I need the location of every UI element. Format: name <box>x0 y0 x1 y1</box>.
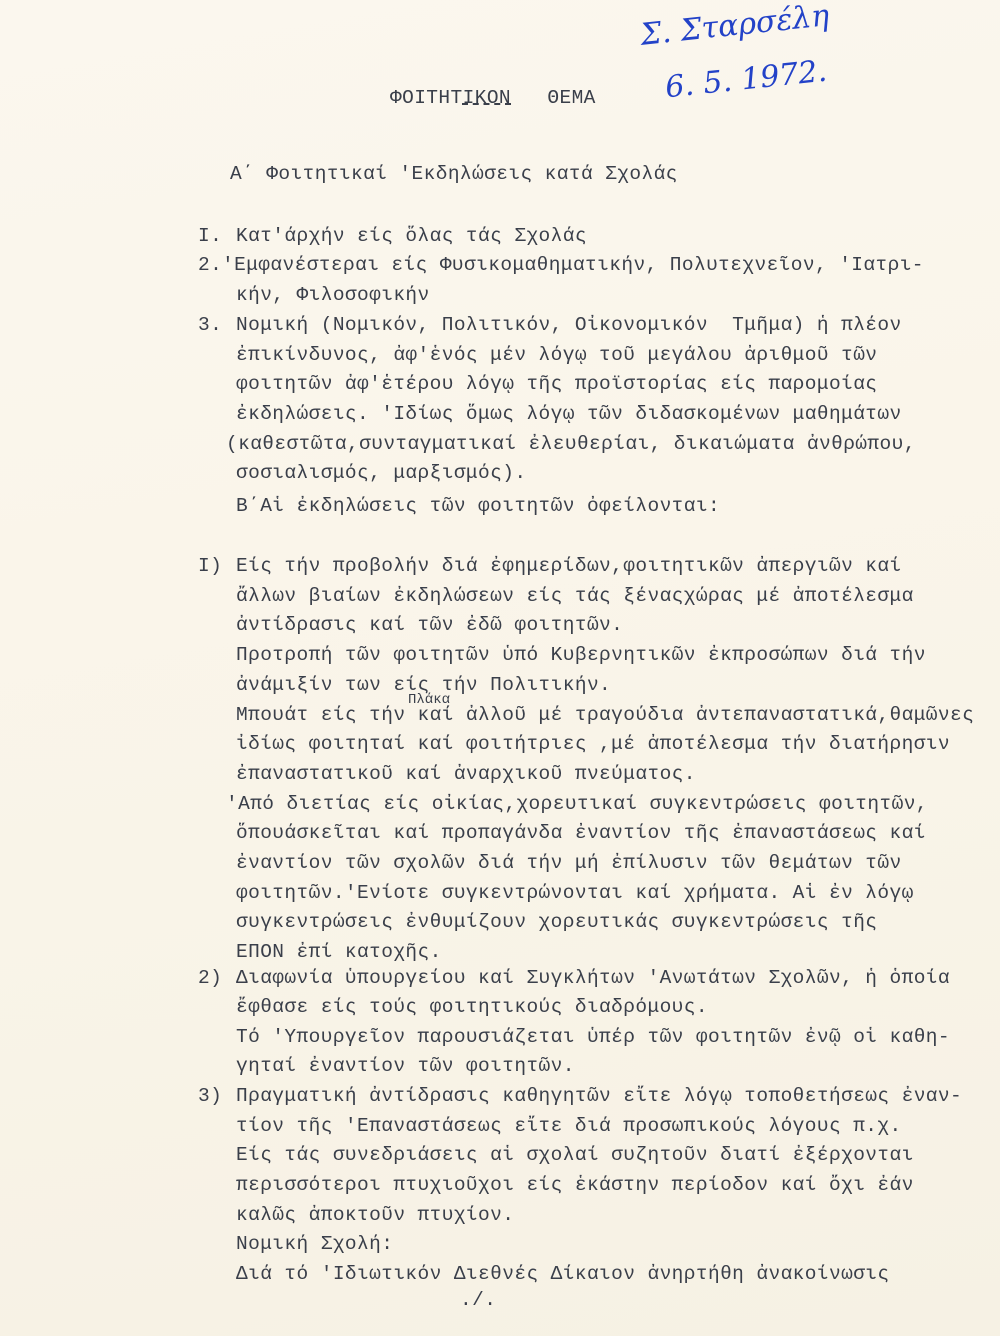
paragraph-line: φοιτητῶν ἀφ'ἑτέρου λόγῳ τῆς προϊστορίας … <box>236 372 877 396</box>
continuation-mark: ./. <box>460 1288 496 1312</box>
paragraph-line: Είς τήν προβολήν διά ἐφημερίδων,φοιτητικ… <box>236 554 902 578</box>
paragraph-line: Προτροπή τῶν φοιτητῶν ὑπό Κυβερνητικῶν ἐ… <box>236 643 926 667</box>
paragraph-line: ἔφθασε είς τούς φοιτητικούς διαδρόμους. <box>236 995 708 1019</box>
paragraph-line: ἐναντίον τῶν σχολῶν διά τήν μή ἐπίλυσιν … <box>236 851 902 875</box>
paragraph-line: γηταί ἐναντίον τῶν φοιτητῶν. <box>236 1054 575 1078</box>
item-number: 2) <box>198 966 222 990</box>
item-number: 3. <box>198 313 222 337</box>
paragraph-line: Μπουάτ είς τήν καί ἀλλοῦ μέ τραγούδια ἀν… <box>236 703 974 727</box>
title-underlined-part: ΙΚΟΝ <box>463 87 511 109</box>
paragraph-line: Διαφωνία ὑπουργείου καί Συγκλήτων 'Ανωτά… <box>236 966 950 990</box>
paragraph-line: 'Από διετίας είς οἰκίας,χορευτικαί συγκε… <box>226 792 928 816</box>
document-page: Σ. Σταρσέλη 6. 5. 1972. ΦΟΙΤΗΤΙΚΟΝ ΘΕΜΑ … <box>0 0 1000 1336</box>
paragraph-line: ἄλλων βιαίων ἐκδηλώσεων είς τάς ξέναςχώρ… <box>236 584 914 608</box>
paragraph-line: περισσότεροι πτυχιοῦχοι είς ἑκάστην περί… <box>236 1173 914 1197</box>
item-number: 3) <box>198 1084 222 1108</box>
paragraph-line: ἐκδηλώσεις. 'Ιδίως ὅμως λόγῳ τῶν διδασκο… <box>236 402 902 426</box>
paragraph-line: ὅπουάσκεῖται καί προπαγάνδα ἐναντίον τῆς… <box>236 821 926 845</box>
document-title: ΦΟΙΤΗΤΙΚΟΝ ΘΕΜΑ <box>390 86 596 110</box>
paragraph-line: Κατ'άρχήν είς ὅλας τάς Σχολάς <box>236 224 587 248</box>
paragraph-line: 'Εμφανέστεραι είς Φυσικομαθηματικήν, Πολ… <box>222 253 924 277</box>
paragraph-line: (καθεστῶτα,συνταγματικαί ἐλευθερίαι, δικ… <box>226 432 916 456</box>
paragraph-line: Νομική (Νομικόν, Πολιτικόν, Οἰκονομικόν … <box>236 313 902 337</box>
paragraph-line: ΕΠΟΝ ἐπί κατοχῆς. <box>236 940 442 964</box>
paragraph-line: Νομική Σχολή: <box>236 1232 393 1256</box>
item-number: I) <box>198 554 222 578</box>
section-b-heading: Β΄Αἱ ἐκδηλώσεις τῶν φοιτητῶν ὀφείλονται: <box>236 494 720 518</box>
paragraph-line: ἐπικίνδυνος, ἀφ'ἑνός μέν λόγῳ τοῦ μεγάλο… <box>236 343 877 367</box>
section-a-heading: Α΄ Φοιτητικαί 'Εκδηλώσεις κατά Σχολάς <box>230 162 678 186</box>
paragraph-line: ἰδίως φοιτηταί καί φοιτήτριες ,μέ ἀποτέλ… <box>236 732 950 756</box>
paragraph-line: σοσιαλισμός, μαρξισμός). <box>236 461 526 485</box>
paragraph-line: συγκεντρώσεις ἐνθυμίζουν χορευτικάς συγκ… <box>236 910 877 934</box>
title-part: ΦΟΙΤΗΤ <box>390 87 463 109</box>
paragraph-line: τίον τῆς 'Επαναστάσεως εἴτε διά προσωπικ… <box>236 1114 902 1138</box>
paragraph-line: Διά τό 'Ιδιωτικόν Διεθνές Δίκαιον ἀνηρτή… <box>236 1262 890 1286</box>
paragraph-line: Τό 'Υπουργεῖον παρουσιάζεται ὑπέρ τῶν φο… <box>236 1025 950 1049</box>
handwritten-signature: Σ. Σταρσέλη <box>639 0 831 53</box>
paragraph-line: Πραγματική ἀντίδρασις καθηγητῶν εἴτε λόγ… <box>236 1084 962 1108</box>
handwritten-date: 6. 5. 1972. <box>664 54 829 106</box>
paragraph-line: ἀντίδρασις καί τῶν ἐδῶ φοιτητῶν. <box>236 613 623 637</box>
item-number: I. <box>198 224 222 248</box>
paragraph-line: καλῶς ἀποκτοῦν πτυχίον. <box>236 1203 514 1227</box>
paragraph-line: φοιτητῶν.'Ενίοτε συγκεντρώνονται καί χρή… <box>236 881 914 905</box>
title-part: ΘΕΜΑ <box>547 87 595 109</box>
item-number: 2. <box>198 253 222 277</box>
paragraph-line: κήν, Φιλοσοφικήν <box>236 283 430 307</box>
paragraph-line: Είς τάς συνεδριάσεις αἱ σχολαί συζητοῦν … <box>236 1143 914 1167</box>
paragraph-line: ἐπαναστατικοῦ καί ἀναρχικοῦ πνεύματος. <box>236 762 696 786</box>
